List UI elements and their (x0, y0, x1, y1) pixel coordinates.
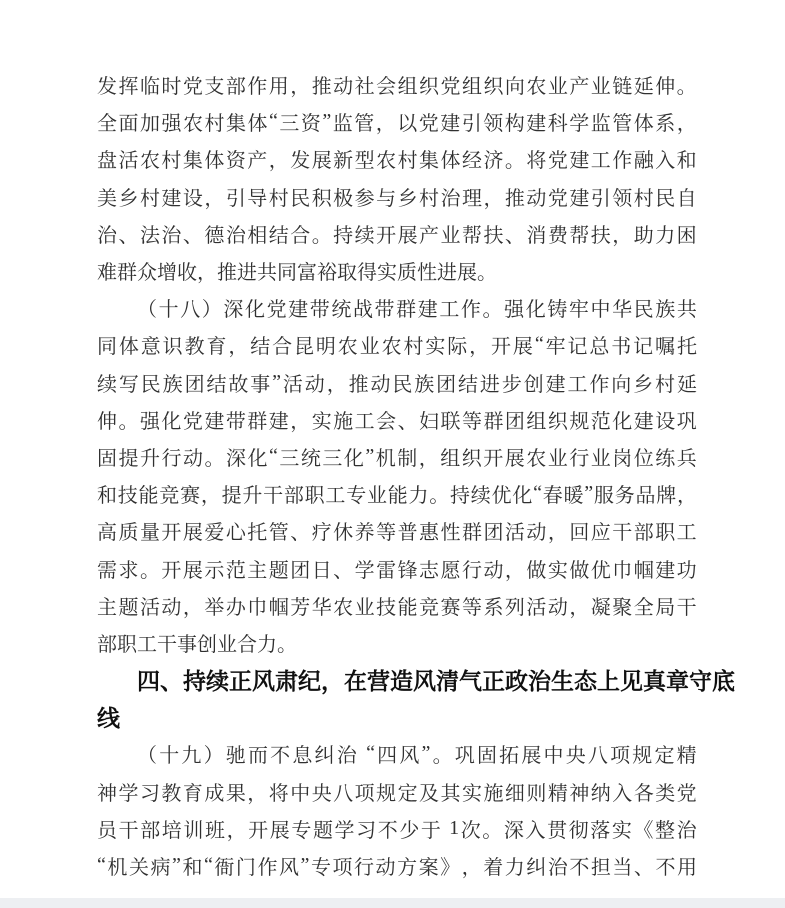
text-line: 和技能竞赛，提升干部职工专业能力。持续优化“春暖”服务品牌， (97, 475, 697, 512)
text-line: “机关病”和“衙门作风”专项行动方案》，着力纠治不担当、不用 (97, 847, 697, 884)
text-line: （十八）深化党建带统战带群建工作。强化铸牢中华民族共 (97, 289, 697, 326)
text-line: 续写民族团结故事”活动，推动民族团结进步创建工作向乡村延 (97, 364, 697, 401)
text-line: 部职工干事创业合力。 (97, 624, 697, 661)
text-line: 高质量开展爱心托管、疗休养等普惠性群团活动，回应干部职工 (97, 512, 697, 549)
text-line: 同体意识教育，结合昆明农业农村实际，开展“牢记总书记嘱托 (97, 326, 697, 363)
document-text: 发挥临时党支部作用，推动社会组织党组织向农业产业链延伸。全面加强农村集体“三资”… (97, 66, 697, 884)
text-line: 伸。强化党建带群建，实施工会、妇联等群团组织规范化建设巩 (97, 401, 697, 438)
text-line: 全面加强农村集体“三资”监管，以党建引领构建科学监管体系， (97, 103, 697, 140)
text-line: 需求。开展示范主题团日、学雷锋志愿行动，做实做优巾帼建功 (97, 549, 697, 586)
text-line: 发挥临时党支部作用，推动社会组织党组织向农业产业链延伸。 (97, 66, 697, 103)
text-line: 盘活农村集体资产，发展新型农村集体经济。将党建工作融入和 (97, 140, 697, 177)
text-line: 神学习教育成果，将中央八项规定及其实施细则精神纳入各类党 (97, 773, 697, 810)
document-page: 发挥临时党支部作用，推动社会组织党组织向农业产业链延伸。全面加强农村集体“三资”… (0, 0, 785, 908)
text-line: 主题活动，举办巾帼芳华农业技能竞赛等系列活动，凝聚全局干 (97, 587, 697, 624)
heading-line: 线 (97, 698, 697, 735)
text-line: 员干部培训班，开展专题学习不少于 1次。深入贯彻落实《整治 (97, 810, 697, 847)
text-line: （十九）驰而不息纠治 “四风”。巩固拓展中央八项规定精 (97, 735, 697, 772)
viewer-background-strip (0, 898, 785, 908)
heading-line: 四、持续正风肃纪，在营造风清气正政治生态上见真章守底 (97, 661, 697, 698)
text-line: 固提升行动。深化“三统三化”机制，组织开展农业行业岗位练兵 (97, 438, 697, 475)
text-line: 美乡村建设，引导村民积极参与乡村治理，推动党建引领村民自 (97, 178, 697, 215)
text-line: 治、法治、德治相结合。持续开展产业帮扶、消费帮扶，助力困 (97, 215, 697, 252)
text-line: 难群众增收，推进共同富裕取得实质性进展。 (97, 252, 697, 289)
